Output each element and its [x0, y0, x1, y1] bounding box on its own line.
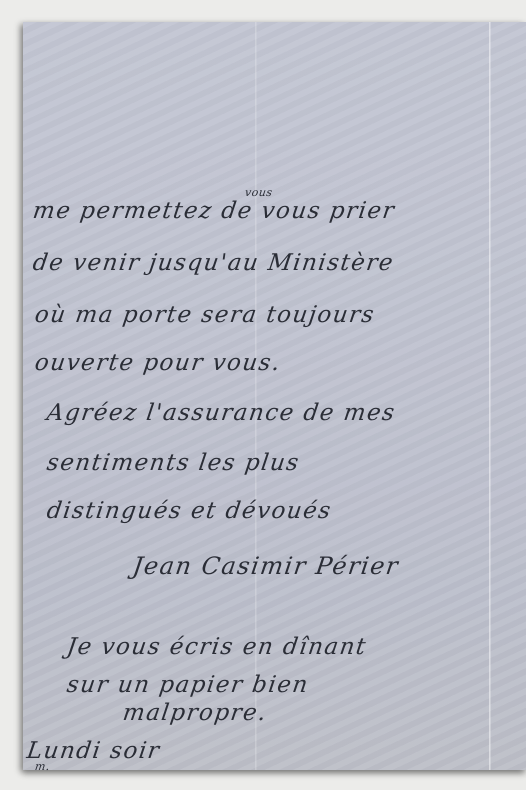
postscript-line: Je vous écris en dînant: [65, 634, 368, 660]
closing-line: Agréez l'assurance de mes: [45, 400, 397, 426]
signature: Jean Casimir Périer: [131, 552, 401, 580]
body-line: me permettez de vous prier: [31, 198, 397, 224]
margin-mark: m.: [34, 760, 51, 773]
closing-line: distingués et dévoués: [45, 498, 333, 524]
body-line: ouverte pour vous.: [33, 350, 283, 376]
body-line: où ma porte sera toujours: [33, 302, 377, 328]
postscript-line: malpropre.: [121, 700, 269, 726]
postscript-line: sur un papier bien: [65, 672, 310, 698]
letter-paper: vous me permettez de vous prier de venir…: [23, 22, 526, 770]
closing-line: sentiments les plus: [45, 450, 301, 476]
fold-crease: [489, 22, 491, 770]
body-line: de venir jusqu'au Ministère: [31, 250, 396, 276]
